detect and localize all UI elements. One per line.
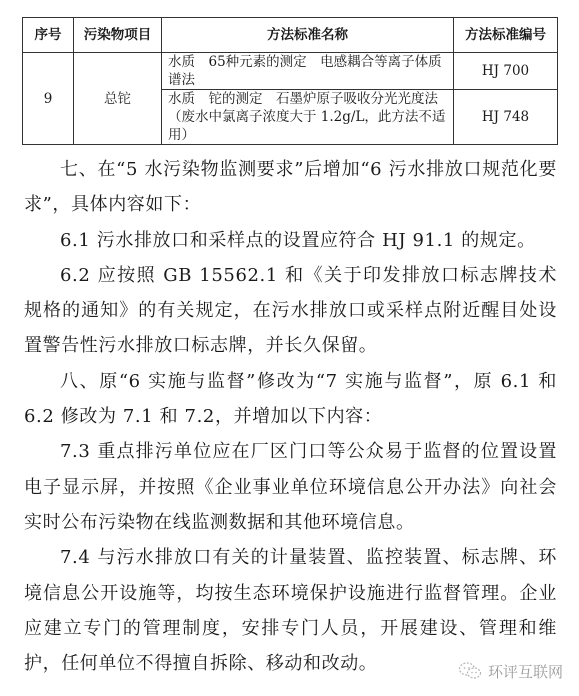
header-seq: 序号 bbox=[23, 18, 74, 53]
header-method-name: 方法标准名称 bbox=[162, 18, 454, 53]
cell-method-code: HJ 748 bbox=[454, 90, 558, 145]
cell-method-name: 水质 65种元素的测定 电感耦合等离子体质谱法 bbox=[162, 53, 454, 90]
wechat-icon bbox=[458, 661, 482, 681]
header-pollutant-item: 污染物项目 bbox=[74, 18, 162, 53]
cell-seq: 9 bbox=[23, 53, 74, 145]
paragraph-section-7: 七、在“5 水污染物监测要求”后增加“6 污水排放口规范化要求”，具体内容如下： bbox=[24, 152, 557, 223]
table-header-row: 序号 污染物项目 方法标准名称 方法标准编号 bbox=[23, 18, 558, 53]
watermark-text: 环评互联网 bbox=[488, 661, 563, 682]
paragraph-6-1: 6.1 污水排放口和采样点的设置应符合 HJ 91.1 的规定。 bbox=[24, 223, 557, 258]
paragraph-7-3: 7.3 重点排污单位应在厂区门口等公众易于监督的位置设置电子显示屏，并按照《企业… bbox=[24, 434, 557, 540]
cell-pollutant-item: 总铊 bbox=[74, 53, 162, 145]
cell-method-code: HJ 700 bbox=[454, 53, 558, 90]
document-body: 七、在“5 水污染物监测要求”后增加“6 污水排放口规范化要求”，具体内容如下：… bbox=[24, 152, 557, 681]
header-method-code: 方法标准编号 bbox=[454, 18, 558, 53]
table-row: 9 总铊 水质 65种元素的测定 电感耦合等离子体质谱法 HJ 700 bbox=[23, 53, 558, 90]
paragraph-section-8: 八、原“6 实施与监督”修改为“7 实施与监督”，原 6.1 和 6.2 修改为… bbox=[24, 364, 557, 435]
standards-table: 序号 污染物项目 方法标准名称 方法标准编号 9 总铊 水质 65种元素的测定 … bbox=[22, 17, 558, 145]
paragraph-6-2: 6.2 应按照 GB 15562.1 和《关于印发排放口标志牌技术规格的通知》的… bbox=[24, 258, 557, 364]
cell-method-name: 水质 铊的测定 石墨炉原子吸收分光光度法（废水中氯离子浓度大于 1.2g/L，此… bbox=[162, 90, 454, 145]
watermark: 环评互联网 bbox=[458, 660, 563, 682]
